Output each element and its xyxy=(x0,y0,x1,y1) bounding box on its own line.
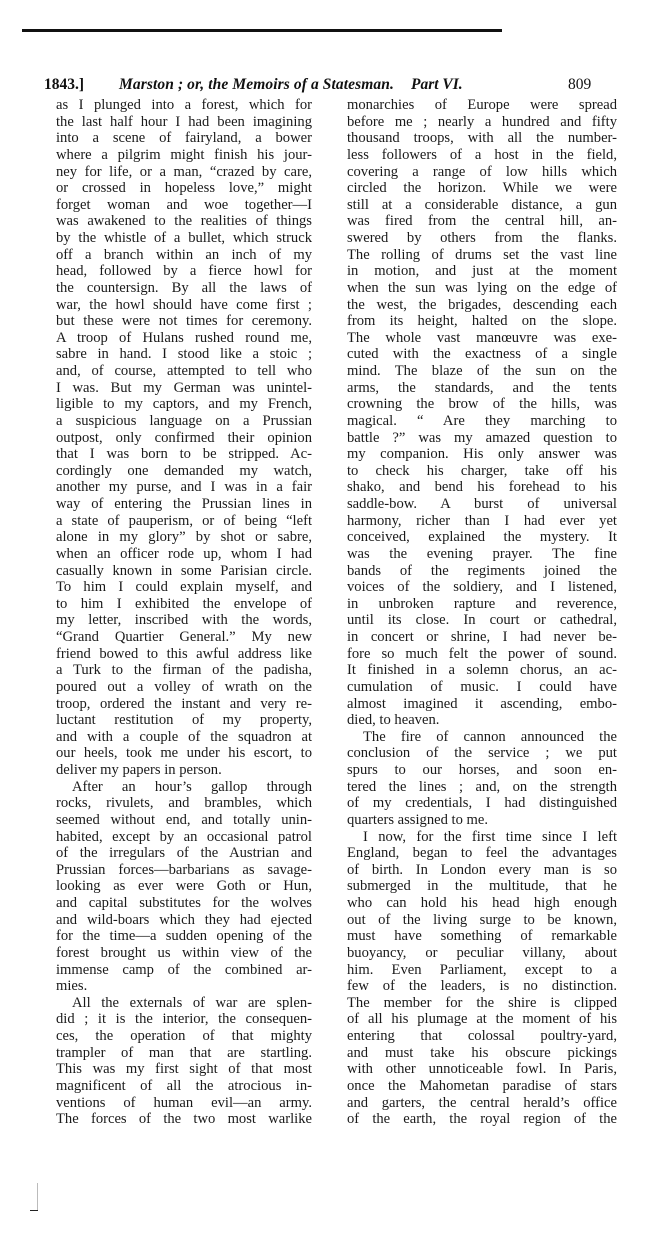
text-line: my companion. His only answer was xyxy=(347,446,617,463)
text-line: friend bowed to this awful address like xyxy=(56,646,312,663)
text-line: “Grand Quartier General.” My new xyxy=(56,629,312,646)
text-line: forget woman and woe together—I xyxy=(56,197,312,214)
text-line: casually known in some Parisian circle. xyxy=(56,563,312,580)
left-column: as I plunged into a forest, which forthe… xyxy=(56,97,312,1128)
text-line: before me ; nearly a hundred and fifty xyxy=(347,114,617,131)
text-line: out of the living surge to be known, xyxy=(347,912,617,929)
text-line: in concert or shrine, I had never be- xyxy=(347,629,617,646)
crop-mark-horizontal xyxy=(30,1210,38,1211)
header-part: Part VI. xyxy=(411,76,463,94)
text-line: and with a couple of the squadron at xyxy=(56,729,312,746)
text-line: head, followed by a fierce howl for xyxy=(56,263,312,280)
text-line: a Turk to the firman of the padisha, xyxy=(56,662,312,679)
text-line: where a pilgrim might finish his jour- xyxy=(56,147,312,164)
text-line: The forces of the two most warlike xyxy=(56,1111,312,1128)
text-line: when an officer rode up, whom I had xyxy=(56,546,312,563)
text-line: To him I could explain myself, and xyxy=(56,579,312,596)
text-line: mies. xyxy=(56,978,312,995)
text-line: was the evening prayer. The fine xyxy=(347,546,617,563)
text-line: All the externals of war are splen- xyxy=(56,995,312,1012)
text-line: shako, and bend his forehead to his xyxy=(347,479,617,496)
text-line: quarters assigned to me. xyxy=(347,812,617,829)
right-column: monarchies of Europe were spreadbefore m… xyxy=(347,97,617,1128)
text-line: conclusion of the service ; we put xyxy=(347,745,617,762)
text-line: and must take his obscure pickings xyxy=(347,1045,617,1062)
text-line: bands of the regiments joined the xyxy=(347,563,617,580)
text-line: swered by others from the flanks. xyxy=(347,230,617,247)
text-line: circled the horizon. While we were xyxy=(347,180,617,197)
text-line: for the time—a sudden opening of the xyxy=(56,928,312,945)
text-line: a suspicious language on a Prussian xyxy=(56,413,312,430)
text-line: from its height, halted on the slope. xyxy=(347,313,617,330)
text-line: died, to heaven. xyxy=(347,712,617,729)
text-line: troop, ordered the instant and very re- xyxy=(56,696,312,713)
text-line: spurs to our horses, and soon en- xyxy=(347,762,617,779)
text-line: deliver my papers in person. xyxy=(56,762,312,779)
text-line: that I was born to be stripped. Ac- xyxy=(56,446,312,463)
text-line: in unbroken rapture and reverence, xyxy=(347,596,617,613)
text-line: few of the leaders, is no distinction. xyxy=(347,978,617,995)
text-line: entering that colossal poultry-yard, xyxy=(347,1028,617,1045)
text-line: covering a range of low hills which xyxy=(347,164,617,181)
text-line: was awakened to the realities of things xyxy=(56,213,312,230)
text-line: must have something of remarkable xyxy=(347,928,617,945)
text-line: conceived, explained the mystery. It xyxy=(347,529,617,546)
text-line: After an hour’s gallop through xyxy=(56,779,312,796)
text-line: to check his charger, take off his xyxy=(347,463,617,480)
text-line: or crossed in hopeless love,” might xyxy=(56,180,312,197)
text-line: way of entering the Prussian lines in xyxy=(56,496,312,513)
text-line: the countersign. By all the laws of xyxy=(56,280,312,297)
text-line: mind. The blaze of the sun on the xyxy=(347,363,617,380)
text-line: our heels, took me under his escort, to xyxy=(56,745,312,762)
text-line: my letter, inscribed with the words, xyxy=(56,612,312,629)
text-line: of all his plumage at the moment of his xyxy=(347,1011,617,1028)
text-line: him. Even Parliament, except to a xyxy=(347,962,617,979)
text-line: rocks, rivulets, and brambles, which xyxy=(56,795,312,812)
text-line: almost imagined it ascending, embo- xyxy=(347,696,617,713)
text-line: a state of pauperism, or of being “left xyxy=(56,513,312,530)
text-line: ney for life, or a man, “crazed by care, xyxy=(56,164,312,181)
text-line: A troop of Hulans rushed round me, xyxy=(56,330,312,347)
text-line: immense camp of the combined ar- xyxy=(56,962,312,979)
text-line: The member for the shire is clipped xyxy=(347,995,617,1012)
text-line: the last half hour I had been imagining xyxy=(56,114,312,131)
text-line: sabre in hand. I stood like a stoic ; xyxy=(56,346,312,363)
crop-mark xyxy=(37,1183,38,1211)
text-line: war, the howl should have come first ; xyxy=(56,297,312,314)
text-line: It finished in a solemn chorus, an ac- xyxy=(347,662,617,679)
text-line: as I plunged into a forest, which for xyxy=(56,97,312,114)
text-line: voices of the soldiery, and I listened, xyxy=(347,579,617,596)
text-line: looking as ever were Goth or Hun, xyxy=(56,878,312,895)
text-line: I now, for the first time since I left xyxy=(347,829,617,846)
text-line: alone in my glory” by shot or sabre, xyxy=(56,529,312,546)
text-line: and garters, the central herald’s office xyxy=(347,1095,617,1112)
text-line: of the irregulars of the Austrian and xyxy=(56,845,312,862)
text-line: arms, the standards, and the tents xyxy=(347,380,617,397)
text-line: ventions of human evil—an army. xyxy=(56,1095,312,1112)
text-line: until its close. In court or cathedral, xyxy=(347,612,617,629)
text-line: and capital substitutes for the wolves xyxy=(56,895,312,912)
text-line: harmony, richer than I had ever yet xyxy=(347,513,617,530)
text-line: once the Mahometan paradise of stars xyxy=(347,1078,617,1095)
text-line: monarchies of Europe were spread xyxy=(347,97,617,114)
running-header: 1843.] Marston ; or, the Memoirs of a St… xyxy=(44,76,644,98)
text-line: submerged in the multitude, that he xyxy=(347,878,617,895)
text-line: luctant restitution of my property, xyxy=(56,712,312,729)
text-line: the west, the brigades, descending each xyxy=(347,297,617,314)
text-line: battle ?” was my amazed question to xyxy=(347,430,617,447)
text-line: buoyancy, or peculiar villany, about xyxy=(347,945,617,962)
text-line: did ; it is the interior, the consequen- xyxy=(56,1011,312,1028)
text-line: but these were not times for ceremony. xyxy=(56,313,312,330)
header-year: 1843.] xyxy=(44,76,84,94)
text-line: This was my first sight of that most xyxy=(56,1061,312,1078)
text-line: to him I exhibited the envelope of xyxy=(56,596,312,613)
text-line: thousand troops, with all the number- xyxy=(347,130,617,147)
text-line: ligible to my captors, and my French, xyxy=(56,396,312,413)
page-number: 809 xyxy=(568,76,591,94)
text-line: The rolling of drums set the vast line xyxy=(347,247,617,264)
text-line: less followers of a host in the field, xyxy=(347,147,617,164)
text-line: another my purse, and I was in a fair xyxy=(56,479,312,496)
text-line: magical. “ Are they marching to xyxy=(347,413,617,430)
text-line: and wild-boars which they had ejected xyxy=(56,912,312,929)
text-line: outpost, only confirmed their opinion xyxy=(56,430,312,447)
text-line: by the whistle of a bullet, which struck xyxy=(56,230,312,247)
text-line: still at a considerable distance, a gun xyxy=(347,197,617,214)
text-line: The whole vast manœuvre was exe- xyxy=(347,330,617,347)
text-line: tered the lines ; and, on the strength xyxy=(347,779,617,796)
text-line: trampler of man that are startling. xyxy=(56,1045,312,1062)
text-line: off a branch within an inch of my xyxy=(56,247,312,264)
text-line: who can hold his head high enough xyxy=(347,895,617,912)
text-line: cuted with the exactness of a single xyxy=(347,346,617,363)
text-line: of birth. In London every man is so xyxy=(347,862,617,879)
text-line: with other unnoticeable fowl. In Paris, xyxy=(347,1061,617,1078)
text-line: saddle-bow. A burst of universal xyxy=(347,496,617,513)
text-line: The fire of cannon announced the xyxy=(347,729,617,746)
text-line: crowning the brow of the hills, was xyxy=(347,396,617,413)
text-line: magnificent of all the atrocious in- xyxy=(56,1078,312,1095)
text-line: cordingly one demanded my watch, xyxy=(56,463,312,480)
text-line: was fired from the central hill, an- xyxy=(347,213,617,230)
top-rule xyxy=(22,29,502,32)
text-line: seemed without end, and totally unin- xyxy=(56,812,312,829)
text-line: when the sun was lying on the edge of xyxy=(347,280,617,297)
text-line: of my credentials, I had distinguished xyxy=(347,795,617,812)
text-line: I was. But my German was unintel- xyxy=(56,380,312,397)
text-line: poured out a volley of wrath on the xyxy=(56,679,312,696)
text-line: into a scene of fairyland, a bower xyxy=(56,130,312,147)
text-line: of the earth, the royal region of the xyxy=(347,1111,617,1128)
text-line: and, of course, attempted to tell who xyxy=(56,363,312,380)
text-line: Prussian forces—barbarians as savage- xyxy=(56,862,312,879)
text-line: fore so much felt the power of sound. xyxy=(347,646,617,663)
text-line: ces, the operation of that mighty xyxy=(56,1028,312,1045)
text-line: England, began to feel the advantages xyxy=(347,845,617,862)
text-line: forest brought us within view of the xyxy=(56,945,312,962)
header-title: Marston ; or, the Memoirs of a Statesman… xyxy=(119,76,394,94)
text-line: in motion, and just at the moment xyxy=(347,263,617,280)
text-line: cumulation of music. I could have xyxy=(347,679,617,696)
text-line: habited, except by an occasional patrol xyxy=(56,829,312,846)
